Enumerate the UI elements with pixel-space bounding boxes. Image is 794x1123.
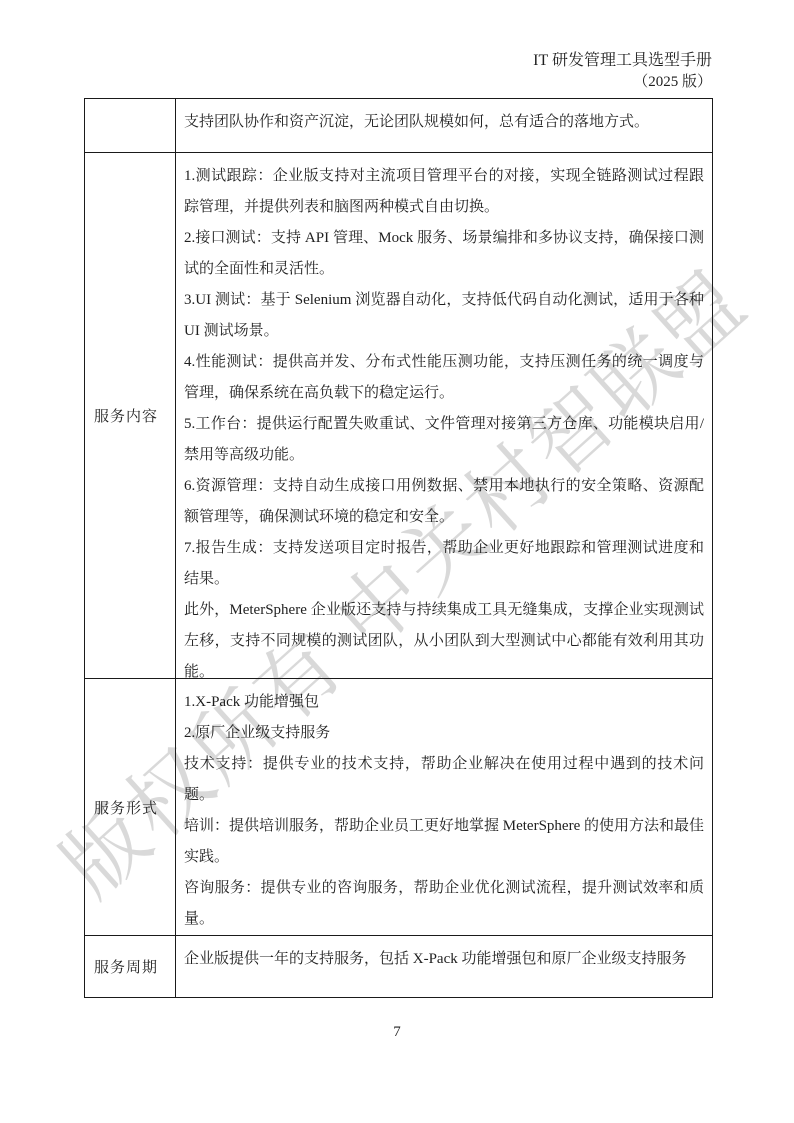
paragraph: 3.UI 测试：基于 Selenium 浏览器自动化，支持低代码自动化测试，适用… xyxy=(184,285,704,347)
row-label xyxy=(85,99,176,152)
paragraph: 咨询服务：提供专业的咨询服务，帮助企业优化测试流程，提升测试效率和质量。 xyxy=(184,873,704,935)
paragraph: 7.报告生成：支持发送项目定时报告，帮助企业更好地跟踪和管理测试进度和结果。 xyxy=(184,533,704,595)
table-row: 服务内容 1.测试跟踪：企业版支持对主流项目管理平台的对接，实现全链路测试过程跟… xyxy=(85,153,712,679)
row-content: 1.测试跟踪：企业版支持对主流项目管理平台的对接，实现全链路测试过程跟踪管理，并… xyxy=(176,153,712,678)
row-label-service-period: 服务周期 xyxy=(85,936,176,997)
paragraph: 4.性能测试：提供高并发、分布式性能压测功能，支持压测任务的统一调度与管理，确保… xyxy=(184,347,704,409)
row-label-service-content: 服务内容 xyxy=(85,153,176,678)
table-row: 服务周期 企业版提供一年的支持服务，包括 X-Pack 功能增强包和原厂企业级支… xyxy=(85,936,712,998)
paragraph: 此外，MeterSphere 企业版还支持与持续集成工具无缝集成，支撑企业实现测… xyxy=(184,595,704,688)
paragraph: 6.资源管理：支持自动生成接口用例数据、禁用本地执行的安全策略、资源配额管理等，… xyxy=(184,471,704,533)
row-content: 企业版提供一年的支持服务，包括 X-Pack 功能增强包和原厂企业级支持服务 xyxy=(176,936,712,997)
table-row: 服务形式 1.X-Pack 功能增强包 2.原厂企业级支持服务 技术支持：提供专… xyxy=(85,679,712,936)
page-header: IT 研发管理工具选型手册 （2025 版） xyxy=(533,50,712,92)
row-label-service-form: 服务形式 xyxy=(85,679,176,935)
paragraph: 1.X-Pack 功能增强包 xyxy=(184,687,704,718)
table-row: 支持团队协作和资产沉淀，无论团队规模如何，总有适合的落地方式。 xyxy=(85,99,712,153)
row-content: 支持团队协作和资产沉淀，无论团队规模如何，总有适合的落地方式。 xyxy=(176,99,712,152)
service-table: 支持团队协作和资产沉淀，无论团队规模如何，总有适合的落地方式。 服务内容 1.测… xyxy=(84,98,713,998)
paragraph: 2.原厂企业级支持服务 xyxy=(184,718,704,749)
paragraph: 5.工作台：提供运行配置失败重试、文件管理对接第三方仓库、功能模块启用/禁用等高… xyxy=(184,409,704,471)
document-title: IT 研发管理工具选型手册 xyxy=(533,50,712,72)
paragraph: 支持团队协作和资产沉淀，无论团队规模如何，总有适合的落地方式。 xyxy=(184,107,704,138)
paragraph: 2.接口测试：支持 API 管理、Mock 服务、场景编排和多协议支持，确保接口… xyxy=(184,223,704,285)
paragraph: 培训：提供培训服务，帮助企业员工更好地掌握 MeterSphere 的使用方法和… xyxy=(184,811,704,873)
paragraph: 1.测试跟踪：企业版支持对主流项目管理平台的对接，实现全链路测试过程跟踪管理，并… xyxy=(184,161,704,223)
paragraph: 企业版提供一年的支持服务，包括 X-Pack 功能增强包和原厂企业级支持服务 xyxy=(184,944,704,975)
document-edition: （2025 版） xyxy=(533,72,712,92)
page-number: 7 xyxy=(0,1024,794,1041)
row-content: 1.X-Pack 功能增强包 2.原厂企业级支持服务 技术支持：提供专业的技术支… xyxy=(176,679,712,935)
paragraph: 技术支持：提供专业的技术支持，帮助企业解决在使用过程中遇到的技术问题。 xyxy=(184,749,704,811)
